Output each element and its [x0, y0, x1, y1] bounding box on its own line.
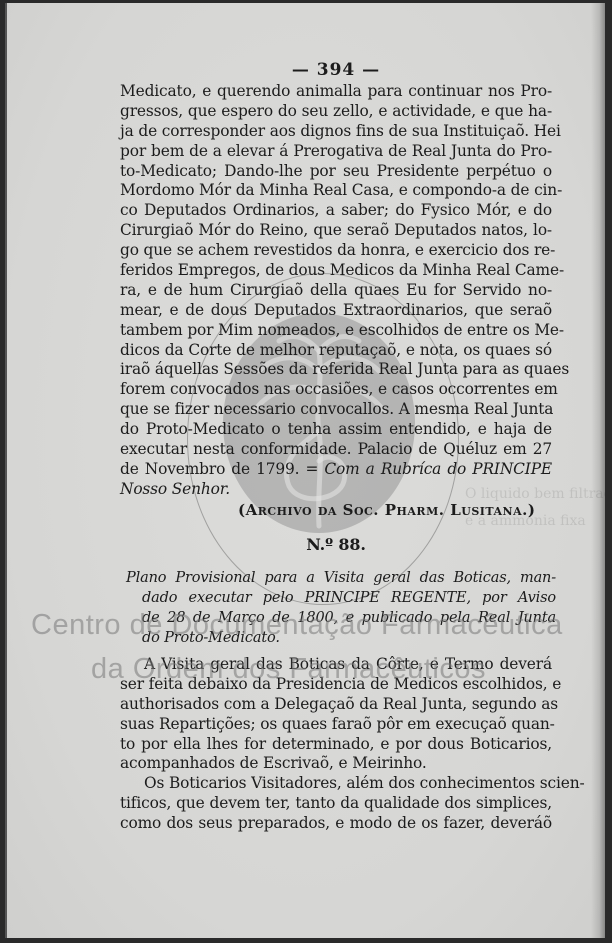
text-line: iraõ áquellas Sessões da referida Real J…	[120, 360, 552, 380]
heading-line: Plano Provisional para a Visita geral da…	[126, 568, 556, 588]
page-number: — 394 —	[120, 61, 552, 81]
text-line: tificos, que devem ter, tanto da qualida…	[120, 794, 552, 814]
text-line: dicos da Corte de melhor reputaçaõ, e no…	[120, 341, 552, 361]
text-line: go que se achem revestidos da honra, e e…	[120, 241, 552, 261]
closing-text: Nosso Senhor.	[120, 480, 230, 498]
text-line: Os Boticarios Visitadores, além dos conh…	[120, 774, 552, 794]
text-line-date: de Novembro de 1799. = Com a Rubríca do …	[120, 460, 552, 480]
text-line-closing: Nosso Senhor.	[120, 480, 552, 500]
watermark-text-line2: da Ordem dos Farmacêuticos	[91, 653, 486, 686]
text-line: acompanhados de Escrivaõ, e Meirinho.	[120, 754, 552, 774]
text-line: executar nesta conformidade. Palacio de …	[120, 440, 552, 460]
text-line: ra, e de hum Cirurgiaõ della quaes Eu fo…	[120, 281, 552, 301]
date-text: de Novembro de 1799. =	[120, 460, 324, 478]
text-line: por bem de a elevar á Prerogativa de Rea…	[120, 142, 552, 162]
heading-line: dado executar pelo PRINCIPE REGENTE, por…	[126, 588, 556, 608]
text-line: to-Medicato; Dando-lhe por seu President…	[120, 162, 552, 182]
text-line: que se fizer necessario convocallos. A m…	[120, 400, 552, 420]
rubric-text: Com a Rubríca do PRINCIPE	[324, 460, 552, 478]
text-line: como dos seus preparados, e modo de os f…	[120, 814, 552, 834]
section-number: N.º 88.	[120, 535, 552, 555]
text-line: suas Repartições; os quaes faraõ pôr em …	[120, 715, 552, 735]
text-line: ja de corresponder aos dignos fins de su…	[120, 122, 552, 142]
text-line: co Deputados Ordinarios, a saber; do Fys…	[120, 201, 552, 221]
text-line: forem convocados nas occasiões, e casos …	[120, 380, 552, 400]
text-line: to por ella lhes for determinado, e por …	[120, 735, 552, 755]
text-line: mear, e de dous Deputados Extraordinario…	[120, 301, 552, 321]
text-line: Medicato, e querendo animalla para conti…	[120, 82, 552, 102]
text-line: gressos, que espero do seu zello, e acti…	[120, 102, 552, 122]
text-line: tambem por Mim nomeados, e escolhidos de…	[120, 321, 552, 341]
decree-body: Medicato, e querendo animalla para conti…	[120, 82, 552, 500]
watermark-text-line1: Centro de Documentação Farmacêutica	[31, 609, 563, 642]
text-line: authorisados com a Delegaçaõ da Real Jun…	[120, 695, 552, 715]
page-edge-shadow	[591, 3, 605, 938]
scanned-page: O liquido bem filtrado e a ammonia fixa …	[5, 3, 605, 938]
text-line: Mordomo Mór da Minha Real Casa, e compon…	[120, 181, 552, 201]
text-line: do Proto-Medicato o tenha assim entendid…	[120, 420, 552, 440]
source-citation: (Archivo da Soc. Pharm. Lusitana.)	[238, 501, 535, 521]
text-line: feridos Empregos, de dous Medicos da Min…	[120, 261, 552, 281]
text-line: Cirurgiaõ Mór do Reino, que seraõ Deputa…	[120, 221, 552, 241]
